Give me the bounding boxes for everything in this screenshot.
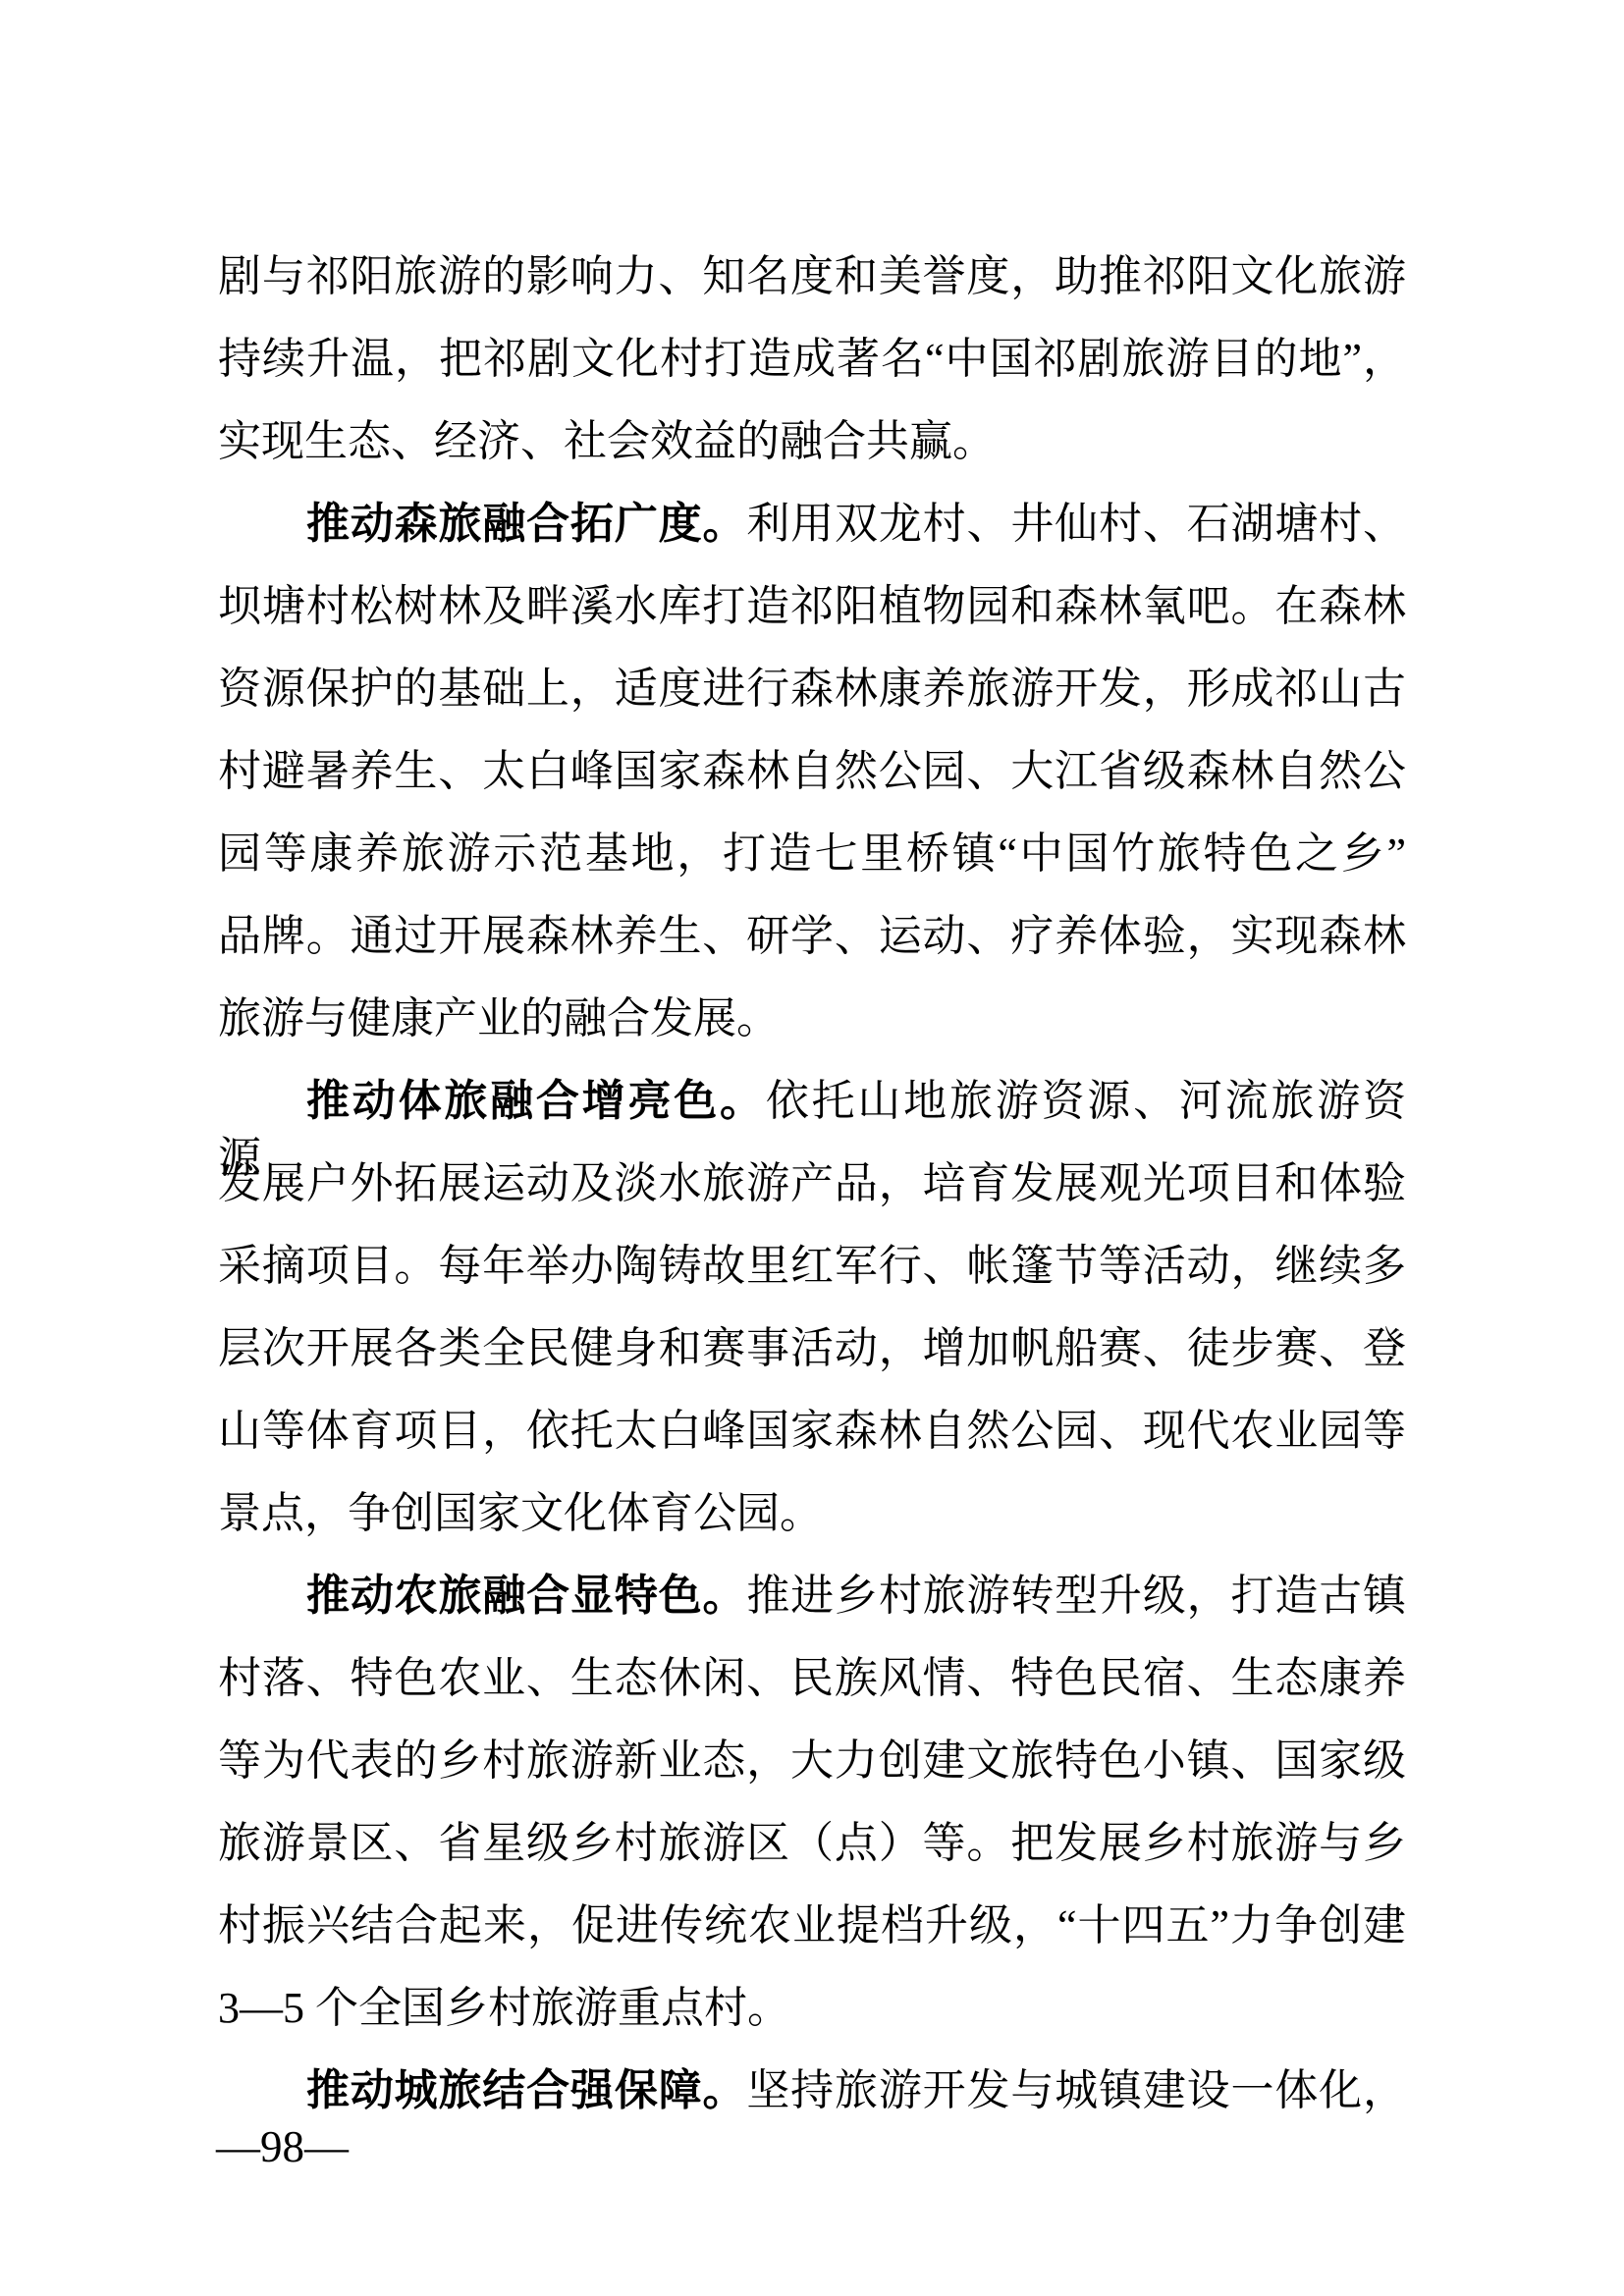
paragraph-text-run: 园等康养旅游示范基地，打造七里桥镇“中国竹旅特色之乡”	[218, 829, 1406, 878]
paragraph-heading-run: 推动农旅融合显特色。	[306, 1572, 746, 1620]
text-line: 采摘项目。每年举办陶铸故里红军行、帐篷节等活动，继续多	[218, 1238, 1406, 1320]
text-line: 层次开展各类全民健身和赛事活动，增加帆船赛、徒步赛、登	[218, 1320, 1406, 1403]
text-line: 发展户外拓展运动及淡水旅游产品，培育发展观光项目和体验	[218, 1155, 1406, 1238]
paragraph-text-run: 实现生态、经济、社会效益的融合共赢。	[218, 417, 996, 465]
body-text: 剧与祁阳旅游的影响力、知名度和美誉度，助推祁阳文化旅游持续升温，把祁剧文化村打造…	[218, 248, 1406, 2145]
paragraph-heading-run: 推动城旅结合强保障。	[306, 2066, 746, 2114]
paragraph-text-run: 层次开展各类全民健身和赛事活动，增加帆船赛、徒步赛、登	[218, 1324, 1406, 1372]
paragraph-text-run: 3—5 个全国乡村旅游重点村。	[218, 1984, 790, 2032]
text-line: 品牌。通过开展森林养生、研学、运动、疗养体验，实现森林	[218, 908, 1406, 990]
paragraph-heading-run: 推动森旅融合拓广度。	[306, 500, 746, 548]
paragraph-text-run: 坚持旅游开发与城镇建设一体化，	[746, 2066, 1406, 2114]
paragraph-text-run: 利用双龙村、井仙村、石湖塘村、	[746, 500, 1406, 548]
text-line: 景点，争创国家文化体育公园。	[218, 1485, 1406, 1568]
paragraph-text-run: 旅游与健康产业的融合发展。	[218, 994, 780, 1042]
text-line: 资源保护的基础上，适度进行森林康养旅游开发，形成祁山古	[218, 661, 1406, 743]
text-line: 推动农旅融合显特色。推进乡村旅游转型升级，打造古镇	[218, 1568, 1406, 1650]
paragraph-text-run: 景点，争创国家文化体育公园。	[218, 1489, 823, 1537]
paragraph-text-run: 山等体育项目，依托太白峰国家森林自然公园、现代农业园等	[218, 1407, 1406, 1455]
paragraph-text-run: 村振兴结合起来，促进传统农业提档升级，“十四五”力争创建	[218, 1901, 1406, 1949]
paragraph-text-run: 旅游景区、省星级乡村旅游区（点）等。把发展乡村旅游与乡	[218, 1819, 1406, 1867]
paragraph-text-run: 品牌。通过开展森林养生、研学、运动、疗养体验，实现森林	[218, 912, 1406, 960]
text-line: 推动体旅融合增亮色。依托山地旅游资源、河流旅游资源，	[218, 1073, 1406, 1155]
paragraph-text-run: 坝塘村松树林及畔溪水库打造祁阳植物园和森林氧吧。在森林	[218, 582, 1406, 630]
text-line: 推动森旅融合拓广度。利用双龙村、井仙村、石湖塘村、	[218, 496, 1406, 578]
text-line: 村振兴结合起来，促进传统农业提档升级，“十四五”力争创建	[218, 1897, 1406, 1980]
text-line: 3—5 个全国乡村旅游重点村。	[218, 1980, 1406, 2062]
paragraph-text-run: 资源保护的基础上，适度进行森林康养旅游开发，形成祁山古	[218, 665, 1406, 713]
text-line: 村落、特色农业、生态休闲、民族风情、特色民宿、生态康养	[218, 1650, 1406, 1733]
text-line: 坝塘村松树林及畔溪水库打造祁阳植物园和森林氧吧。在森林	[218, 578, 1406, 661]
text-line: 村避暑养生、太白峰国家森林自然公园、大江省级森林自然公	[218, 743, 1406, 826]
text-line: 推动城旅结合强保障。坚持旅游开发与城镇建设一体化，	[218, 2062, 1406, 2145]
text-line: 持续升温，把祁剧文化村打造成著名“中国祁剧旅游目的地”，	[218, 331, 1406, 413]
text-line: 园等康养旅游示范基地，打造七里桥镇“中国竹旅特色之乡”	[218, 826, 1406, 908]
paragraph-text-run: 等为代表的乡村旅游新业态，大力创建文旅特色小镇、国家级	[218, 1736, 1406, 1785]
paragraph-text-run: 剧与祁阳旅游的影响力、知名度和美誉度，助推祁阳文化旅游	[218, 252, 1406, 300]
text-line: 旅游与健康产业的融合发展。	[218, 990, 1406, 1073]
paragraph-text-run: 持续升温，把祁剧文化村打造成著名“中国祁剧旅游目的地”，	[218, 335, 1406, 383]
page-number: —98—	[216, 2122, 349, 2171]
paragraph-text-run: 村落、特色农业、生态休闲、民族风情、特色民宿、生态康养	[218, 1654, 1406, 1702]
text-line: 等为代表的乡村旅游新业态，大力创建文旅特色小镇、国家级	[218, 1733, 1406, 1815]
paragraph-text-run: 采摘项目。每年举办陶铸故里红军行、帐篷节等活动，继续多	[218, 1242, 1406, 1290]
paragraph-text-run: 村避暑养生、太白峰国家森林自然公园、大江省级森林自然公	[218, 747, 1406, 795]
paragraph-text-run: 发展户外拓展运动及淡水旅游产品，培育发展观光项目和体验	[218, 1159, 1406, 1207]
text-line: 实现生态、经济、社会效益的融合共赢。	[218, 413, 1406, 496]
paragraph-heading-run: 推动体旅融合增亮色。	[306, 1077, 766, 1125]
text-line: 山等体育项目，依托太白峰国家森林自然公园、现代农业园等	[218, 1403, 1406, 1485]
document-page: 剧与祁阳旅游的影响力、知名度和美誉度，助推祁阳文化旅游持续升温，把祁剧文化村打造…	[0, 0, 1624, 2296]
text-line: 旅游景区、省星级乡村旅游区（点）等。把发展乡村旅游与乡	[218, 1815, 1406, 1897]
paragraph-text-run: 推进乡村旅游转型升级，打造古镇	[746, 1572, 1406, 1620]
text-line: 剧与祁阳旅游的影响力、知名度和美誉度，助推祁阳文化旅游	[218, 248, 1406, 331]
